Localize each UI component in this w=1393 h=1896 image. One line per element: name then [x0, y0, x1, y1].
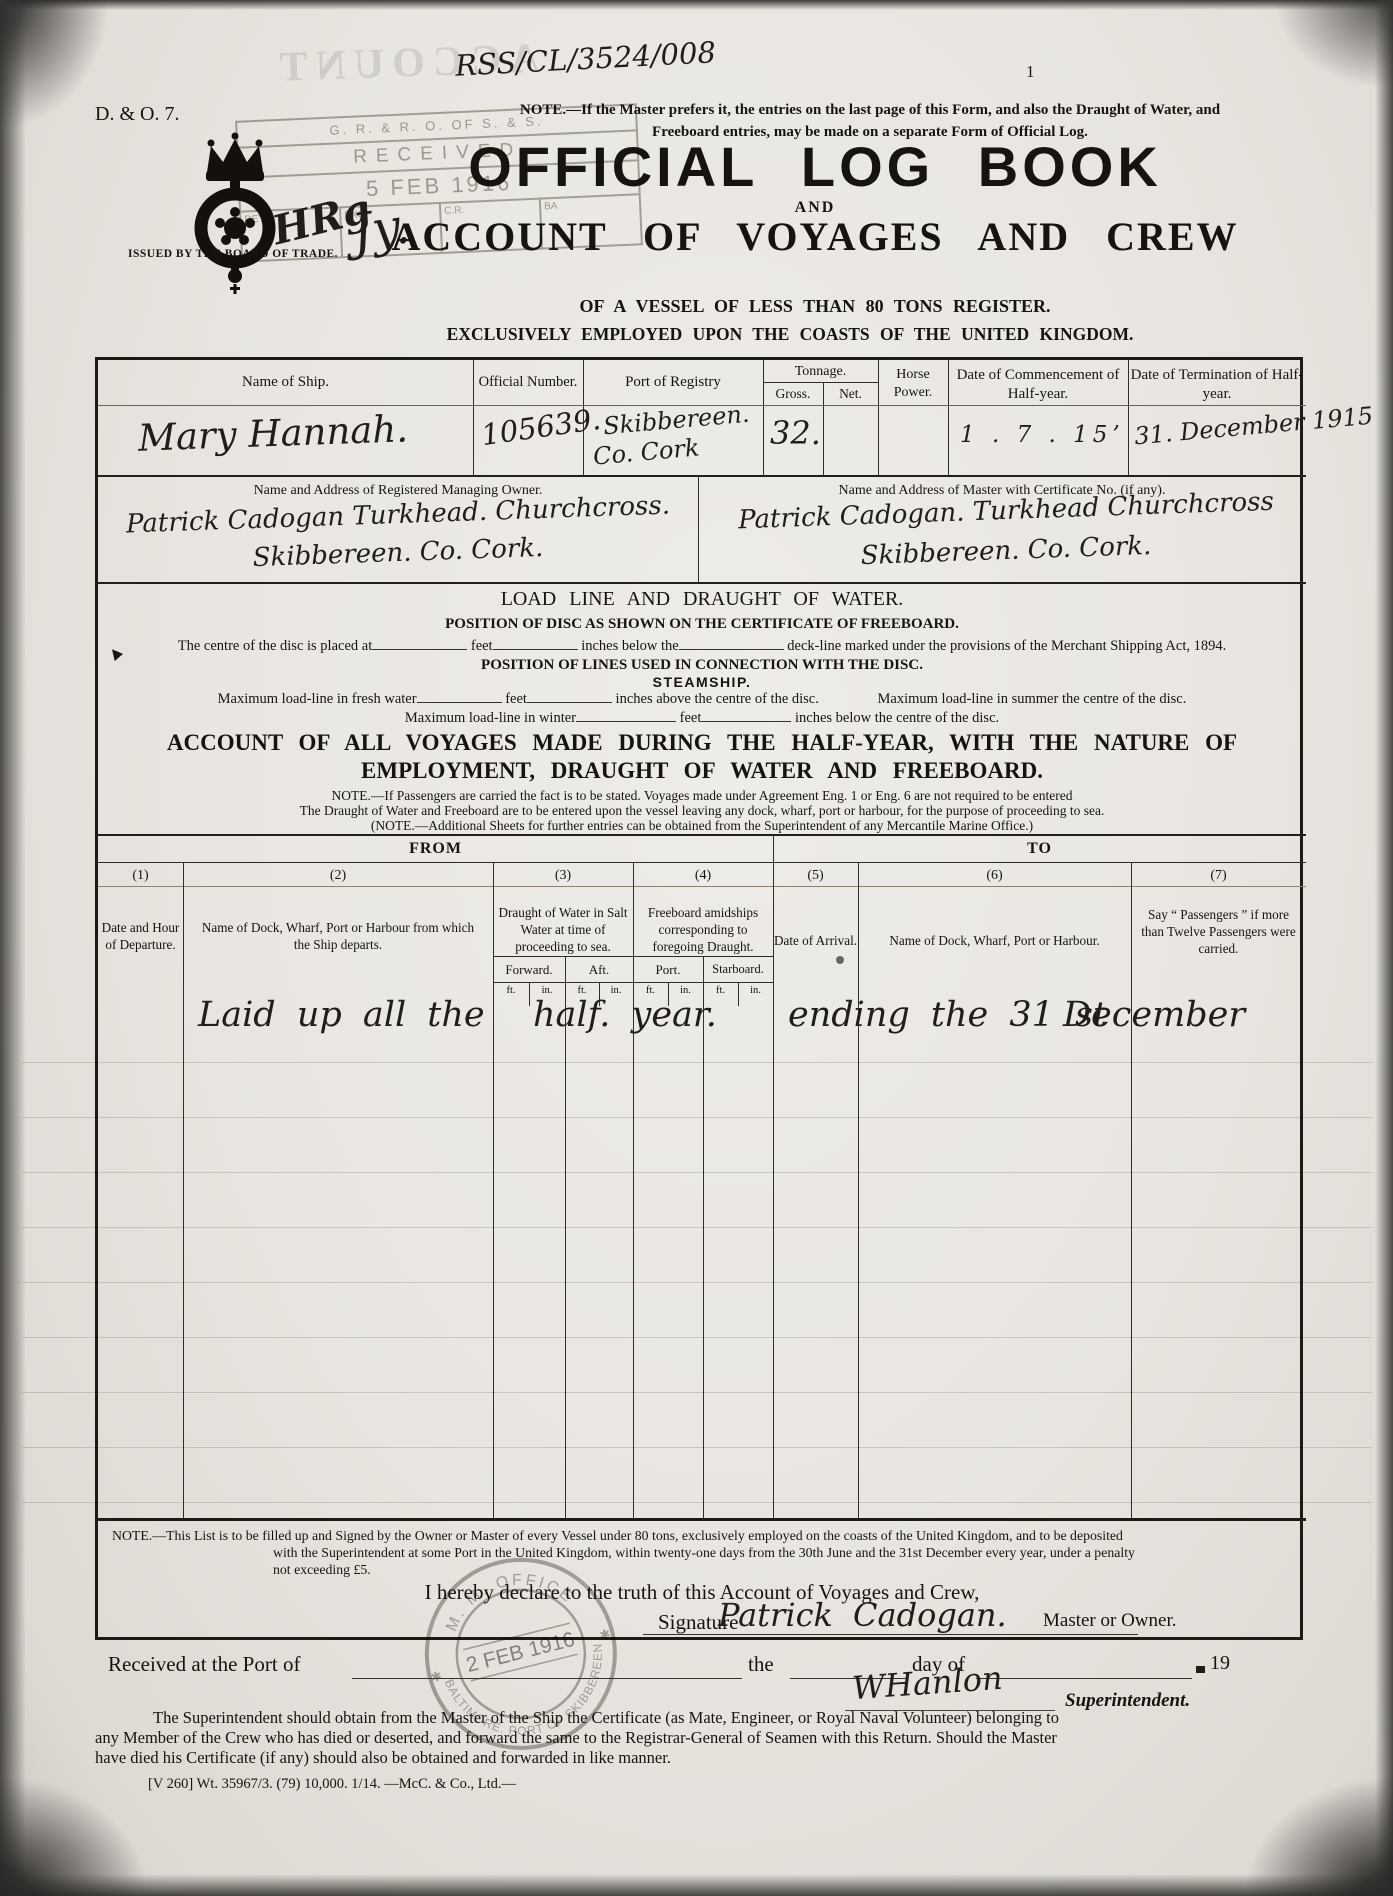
received-rule: [352, 1678, 742, 1679]
from-band-label: FROM: [98, 840, 773, 858]
print-reference-line: [V 260] Wt. 35967/3. (79) 10,000. 1/14. …: [148, 1776, 516, 1793]
ship-name-value: Mary Hannah.: [137, 407, 408, 459]
col5-label: Date of Arrival.: [773, 932, 858, 949]
col4-label: Freeboard amidships corresponding to for…: [637, 904, 769, 955]
account-note2: The Draught of Water and Freeboard are t…: [98, 803, 1306, 819]
header-port-of-registry: Port of Registry: [583, 373, 763, 392]
declaration-line: I hereby declare to the truth of this Ac…: [98, 1580, 1306, 1605]
grid-line: [565, 956, 566, 1518]
scan-corner-tr: [1273, 0, 1393, 90]
account-note3: (NOTE.—Additional Sheets for further ent…: [98, 818, 1306, 834]
winter-text: inches below the centre of the disc.: [795, 710, 999, 726]
grid-line: [98, 862, 1306, 863]
winter-text: feet: [680, 710, 702, 726]
load-line-disc: The centre of the disc is placed at feet…: [98, 637, 1306, 655]
the-label: the: [748, 1652, 774, 1677]
signature-rule: [643, 1634, 1138, 1635]
received-at-port-label: Received at the Port of: [108, 1652, 300, 1677]
blank-field: [417, 690, 502, 703]
voyage-entry-segment: half. year.: [533, 995, 717, 1035]
grid-line: [493, 862, 494, 1518]
coasts-line: EXCLUSIVELY EMPLOYED UPON THE COASTS OF …: [365, 324, 1215, 345]
starboard-subheader: Starboard.: [703, 962, 773, 977]
col4-number: (4): [633, 868, 773, 884]
form-code: D. & O. 7.: [95, 103, 179, 126]
load-line-sub1: POSITION OF DISC AS SHOWN ON THE CERTIFI…: [98, 616, 1306, 633]
grid-line: [98, 475, 1306, 477]
grid-line: [633, 862, 634, 1518]
blank-field: [701, 709, 791, 722]
account-heading-line2: EMPLOYMENT, DRAUGHT OF WATER AND FREEBOA…: [98, 758, 1306, 784]
col6-number: (6): [858, 868, 1131, 884]
forward-subheader: Forward.: [493, 962, 565, 978]
superintendent-signature: WHanlon: [851, 1659, 1004, 1707]
voyage-entry-segment: December: [1063, 995, 1245, 1035]
closing-note-line2: with the Superintendent at some Port in …: [273, 1545, 1293, 1561]
page-title: OFFICIAL LOG BOOK: [390, 134, 1240, 199]
grid-line: [98, 582, 1306, 584]
disc-text: The centre of the disc is placed at: [178, 638, 372, 654]
grid-line: [763, 382, 878, 383]
blank-field: [679, 637, 784, 650]
col6-label: Name of Dock, Wharf, Port or Harbour.: [868, 932, 1121, 949]
grid-line: [858, 862, 859, 1518]
col1-number: (1): [98, 868, 183, 884]
blank-field: [372, 637, 467, 650]
load-line-heading: LOAD LINE AND DRAUGHT OF WATER.: [98, 588, 1306, 611]
footer-para-line3: have died his Certificate (if any) shoul…: [95, 1748, 1350, 1768]
grid-line: [98, 1518, 1306, 1521]
form-frame: Name of Ship. Official Number. Port of R…: [95, 357, 1303, 1640]
grid-line: [183, 862, 184, 1518]
to-band-label: TO: [773, 840, 1306, 858]
account-heading-line1: ACCOUNT OF ALL VOYAGES MADE DURING THE H…: [98, 730, 1306, 756]
disc-text: feet: [471, 638, 493, 654]
year-19-label: 19: [1210, 1652, 1230, 1675]
summer-text: Maximum load-line in summer the centre o…: [878, 691, 1187, 707]
col3-label: Draught of Water in Salt Water at time o…: [497, 904, 629, 955]
voyage-entry-segment: Laid up all the: [198, 995, 485, 1035]
header-official-number: Official Number.: [473, 373, 583, 391]
footer-para-line2: any Member of the Crew who has died or d…: [95, 1728, 1350, 1748]
ink-blot: [836, 956, 844, 964]
unit-ft: ft.: [493, 985, 529, 996]
grid-line: [703, 956, 704, 1518]
disc-text: inches below the: [581, 638, 678, 654]
fresh-text: feet: [505, 691, 527, 707]
termination-value: 31. December 1915: [1133, 402, 1374, 451]
ink-mark: [1196, 1666, 1205, 1673]
grid-line: [738, 982, 739, 1006]
col5-number: (5): [773, 868, 858, 884]
scan-corner-br: [1243, 1776, 1393, 1896]
col1-label: Date and Hour of Departure.: [100, 919, 181, 953]
page-subtitle: ACCOUNT OF VOYAGES AND CREW: [365, 213, 1265, 260]
master-or-owner-label: Master or Owner.: [1043, 1610, 1177, 1632]
page-number: 1: [1026, 62, 1035, 82]
vessel-line: OF A VESSEL OF LESS THAN 80 TONS REGISTE…: [390, 296, 1240, 317]
account-note1: NOTE.—If Passengers are carried the fact…: [98, 788, 1306, 804]
load-line-sub2: POSITION OF LINES USED IN CONNECTION WIT…: [98, 657, 1306, 674]
scan-edge-bottom: [0, 1874, 1393, 1896]
scan-edge-top: [0, 0, 1393, 10]
header-name-of-ship: Name of Ship.: [98, 373, 473, 392]
signature-value: Patrick Cadogan.: [718, 1596, 1007, 1634]
header-tonnage: Tonnage.: [763, 363, 878, 381]
round-stamp-star: ✱: [429, 1668, 443, 1685]
header-horse-power: Horse Power.: [878, 366, 948, 401]
winter-line: Maximum load-line in winter feet inches …: [98, 709, 1306, 727]
col7-number: (7): [1131, 868, 1306, 884]
scan-corner-bl: [0, 1776, 150, 1896]
scan-edge-left: [0, 0, 26, 1896]
closing-note-line1: NOTE.—This List is to be filled up and S…: [112, 1528, 1297, 1544]
unit-in: in.: [738, 985, 773, 996]
grid-line: [1131, 862, 1132, 1518]
col7-label: Say “ Passengers ” if more than Twelve P…: [1136, 906, 1301, 957]
aft-subheader: Aft.: [565, 962, 633, 978]
steamship-label: STEAMSHIP.: [98, 674, 1306, 690]
scan-corner-tl: [0, 0, 110, 130]
grid-line: [773, 834, 774, 1518]
winter-text: Maximum load-line in winter: [405, 710, 576, 726]
scan-edge-right: [1375, 0, 1393, 1896]
scanned-log-book-page: ACCOUNT RSS/CL/3524/008 1 D. & O. 7. NOT…: [0, 0, 1393, 1896]
port-subheader: Port.: [633, 962, 703, 978]
header-net: Net.: [823, 386, 878, 403]
gross-tonnage-value: 32.: [770, 414, 821, 452]
blank-field: [493, 637, 578, 650]
blank-field: [527, 690, 612, 703]
blank-field: [576, 709, 676, 722]
grid-line: [529, 982, 530, 1006]
fresh-water-line: Maximum load-line in fresh water feet in…: [98, 690, 1306, 708]
issued-by-line: ISSUED BY THE BOARD OF TRADE.: [128, 248, 338, 260]
voyage-entry-segment: ending the 31 st: [788, 995, 1107, 1035]
commencement-value: 1 . 7 . 15’: [960, 422, 1125, 448]
col2-number: (2): [183, 868, 493, 884]
official-number-value: 105639.: [479, 402, 603, 452]
grid-line: [98, 886, 1306, 887]
col3-number: (3): [493, 868, 633, 884]
header-termination: Date of Termination of Half-year.: [1128, 366, 1306, 404]
fresh-text: inches above the centre of the disc.: [616, 691, 819, 707]
header-commencement: Date of Commencement of Half-year.: [948, 366, 1128, 404]
col2-label: Name of Dock, Wharf, Port or Harbour fro…: [193, 919, 483, 953]
footer-para-line1: The Superintendent should obtain from th…: [95, 1708, 1350, 1728]
disc-text: deck-line marked under the provisions of…: [787, 638, 1226, 654]
grid-line: [98, 834, 1306, 836]
received-rule: [976, 1678, 1192, 1679]
fresh-text: Maximum load-line in fresh water: [218, 691, 417, 707]
header-gross: Gross.: [763, 386, 823, 403]
